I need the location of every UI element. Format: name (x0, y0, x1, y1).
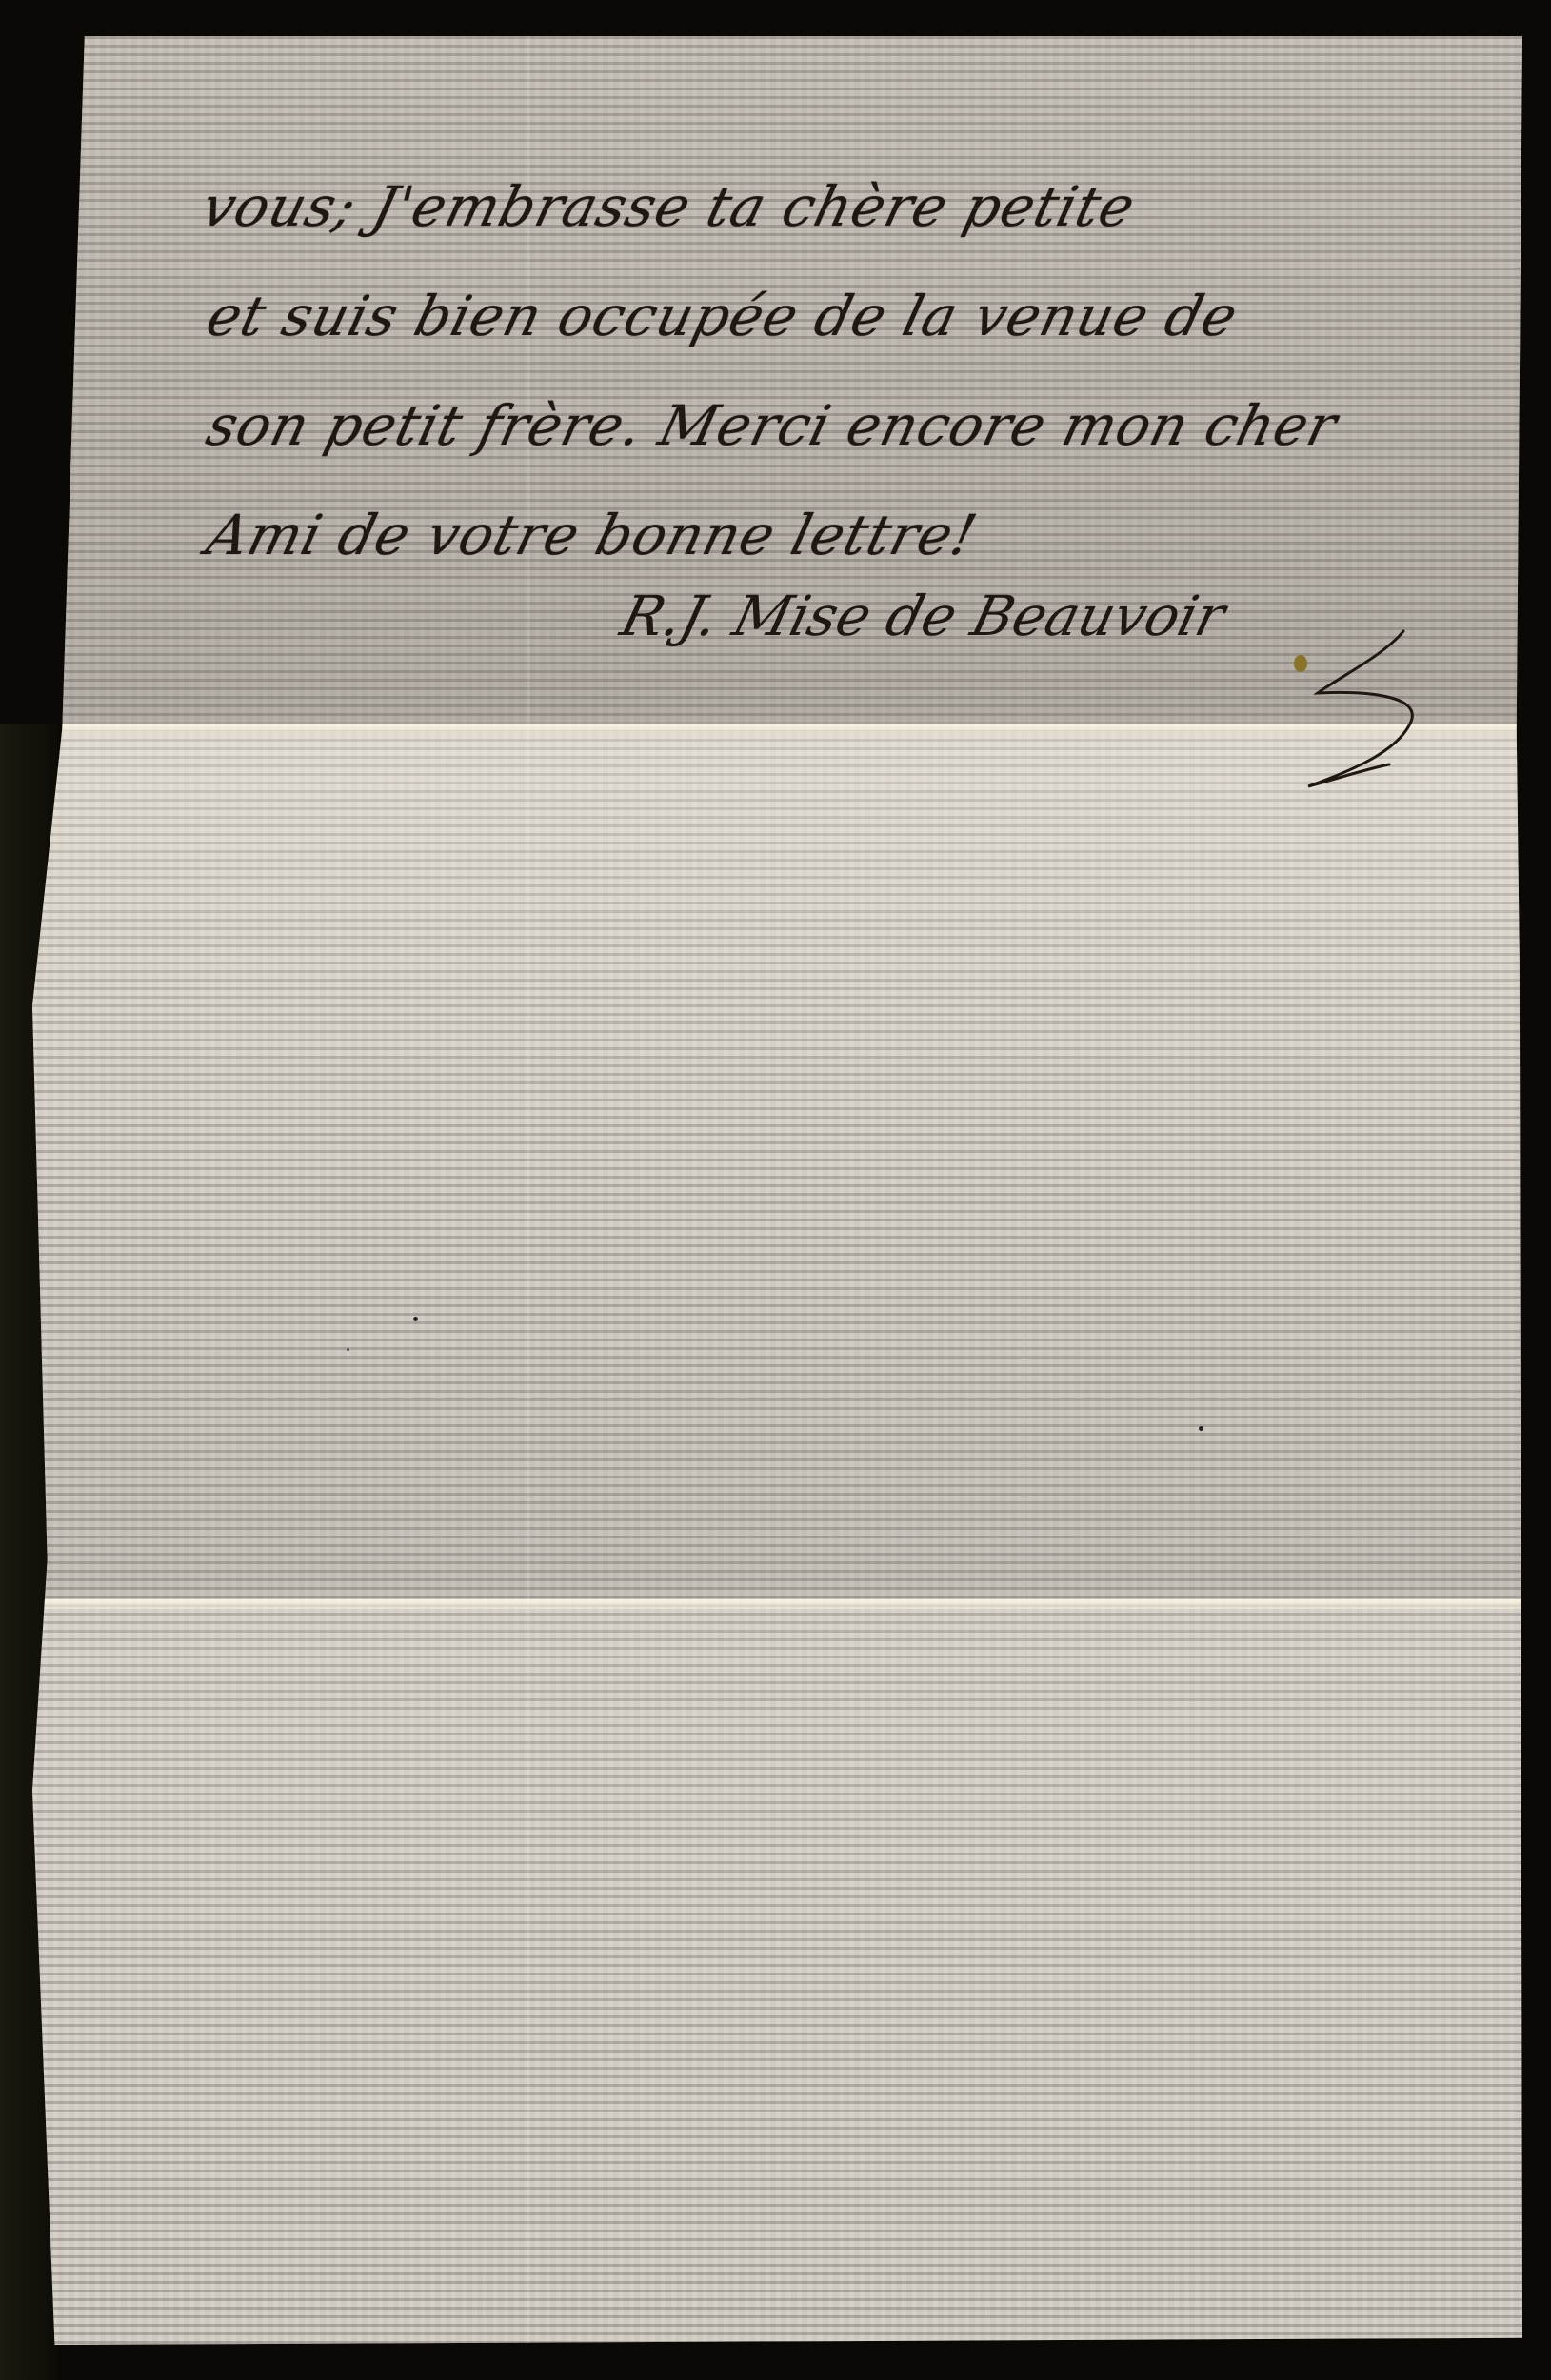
letter-sheet: vous; J'embrasse ta chère petite et suis… (32, 36, 1522, 2345)
letter-line: et suis bien occupée de la venue de (201, 284, 1245, 348)
signature: R.J. Mise de Beauvoir (615, 584, 1232, 648)
ink-speck (347, 1348, 349, 1351)
letter-body: vous; J'embrasse ta chère petite et suis… (32, 36, 1522, 722)
letter-line: vous; J'embrasse ta chère petite (196, 174, 1143, 239)
sheet-panel-bottom (32, 1607, 1522, 2345)
ink-speck (1199, 1426, 1203, 1431)
ink-speck (413, 1317, 418, 1321)
sheet-panel-middle (32, 731, 1522, 1607)
letter-line: son petit frère. Merci encore mon cher (201, 393, 1344, 458)
fold-crease-lower (32, 1599, 1522, 1609)
signature-flourish-icon (1299, 626, 1432, 788)
letter-line: Ami de votre bonne lettre! (201, 503, 984, 567)
paper-stain (1294, 655, 1307, 672)
